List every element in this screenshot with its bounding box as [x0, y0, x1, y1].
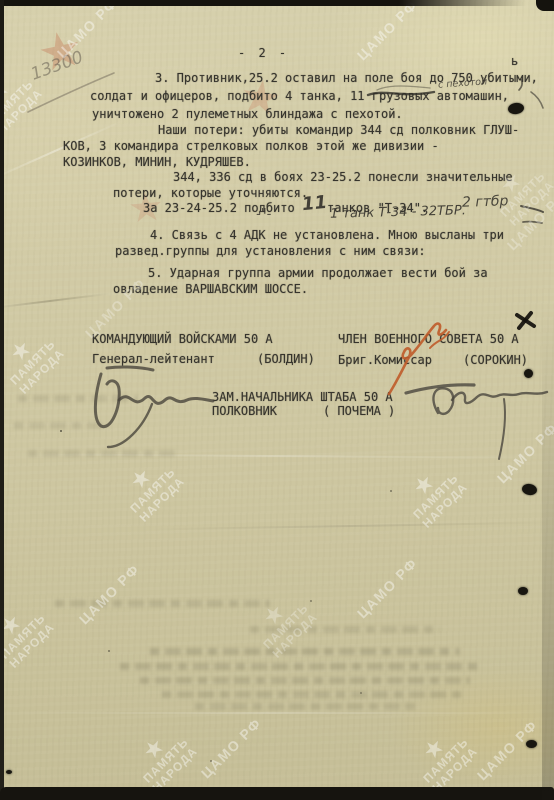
bleed-through — [18, 395, 138, 402]
scan-edge-bottom — [0, 787, 554, 800]
star-watermark-icon: ★ — [128, 466, 155, 493]
crease — [0, 453, 554, 459]
chief-of-staff-name: ( ПОЧЕМА ) — [323, 404, 395, 418]
tsamo-watermark: ЦАМО РФ — [198, 715, 265, 782]
bleed-through — [195, 703, 415, 710]
pamyat-naroda-watermark: ★ ПАМЯТЬ НАРОДА — [128, 722, 201, 795]
body-line: 4. Связь с 4 АДК не установлена. Мною вы… — [150, 228, 504, 242]
tsamo-watermark: ЦАМО РФ — [76, 561, 143, 628]
tsamo-watermark: ЦАМО РФ — [504, 187, 554, 254]
council-member-rank: Бриг.Комиссар — [338, 353, 432, 367]
tsamo-watermark: ЦАМО РФ — [354, 0, 421, 63]
scan-edge-top-right — [536, 0, 554, 11]
watermark-text: ПАМЯТЬ — [141, 736, 191, 786]
watermark-text: НАРОДА — [420, 481, 470, 531]
pamyat-naroda-watermark: ★ ПАМЯТЬ НАРОДА — [0, 598, 57, 671]
page-number: - 2 - — [238, 46, 289, 60]
watermark-text: НАРОДА — [137, 475, 187, 525]
chief-of-staff-rank: ПОЛКОВНИК — [212, 404, 277, 418]
body-line: потери, которые уточняются. — [113, 186, 308, 200]
pamyat-naroda-watermark: ★ ПАМЯТЬ НАРОДА — [0, 324, 67, 397]
body-line-part: солдат и офицеров, подбито 4 танка, 11 — [90, 89, 372, 103]
handwritten-ditto-mark: -"- — [256, 207, 271, 222]
star-watermark-icon: ★ — [8, 338, 35, 365]
paper-hole — [521, 483, 538, 496]
paper-specks — [60, 430, 62, 432]
paper-hole — [507, 102, 524, 115]
tsamo-watermark: ЦАМО РФ — [494, 420, 554, 487]
watermark-text: НАРОДА — [150, 745, 200, 795]
bleed-through — [120, 663, 480, 670]
scan-edge-right-shade — [542, 300, 554, 800]
paper-hole — [518, 587, 528, 595]
crease — [0, 293, 110, 310]
watermark-text: ПАМЯТЬ — [0, 612, 48, 662]
commander-name: (БОЛДИН) — [257, 352, 315, 366]
watermark-text: НАРОДА — [17, 347, 67, 397]
scanned-document-page: ★ ★ ★ - 2 - ь 3. Противник,25.2 оставил … — [0, 0, 554, 800]
body-line: овладение ВАРШАВСКИМ ШОССЕ. — [113, 282, 308, 296]
struck-word: грузовых — [372, 89, 430, 103]
star-watermark-icon: ★ — [0, 78, 13, 105]
watermark-text: ПАМЯТЬ — [0, 78, 36, 128]
bleed-through — [140, 677, 470, 684]
watermark-text: ПАМЯТЬ — [261, 602, 311, 652]
stray-typed-mark: ь — [511, 54, 518, 68]
pamyat-naroda-watermark: ★ ПАМЯТЬ НАРОДА — [248, 588, 321, 661]
commander-rank: Генерал-лейтенант — [92, 352, 215, 366]
body-line: КОЗИНКОВ, МИНИН, КУДРЯШЕВ. — [63, 155, 251, 169]
scan-edge-top — [0, 0, 554, 6]
watermark-text: НАРОДА — [507, 179, 554, 229]
pamyat-naroda-watermark: ★ ПАМЯТЬ НАРОДА — [485, 156, 554, 229]
council-member-title: ЧЛЕН ВОЕННОГО СОВЕТА 50 А — [338, 332, 519, 346]
handwritten-corner-number: 13300 — [28, 47, 86, 84]
handwritten-tank-count: 11 — [301, 192, 328, 216]
watermark-text: НАРОДА — [0, 87, 45, 137]
paper-speck — [6, 770, 12, 774]
crease — [0, 712, 554, 714]
commander-title: КОМАНДУЮЩИЙ ВОЙСКАМИ 50 А — [92, 332, 273, 346]
body-line: 344, 336 сд в боях 23-25.2 понесли значи… — [173, 170, 513, 184]
watermark-text: НАРОДА — [270, 611, 320, 661]
bleed-through — [28, 450, 178, 457]
body-line: развед.группы для установления с ним свя… — [115, 244, 426, 258]
pamyat-naroda-watermark: ★ ПАМЯТЬ НАРОДА — [115, 452, 188, 525]
body-line: КОВ, 3 командира стрелковых полков этой … — [63, 139, 439, 153]
paper-hole — [524, 369, 533, 378]
tsamo-watermark: ЦАМО РФ — [354, 555, 421, 622]
chief-of-staff-title: ЗАМ.НАЧАЛЬНИКА ШТАБА 50 А — [212, 390, 393, 404]
handwritten-gtbr-note: 2 гтбр — [462, 193, 509, 211]
body-line: Наши потери: убиты командир 344 сд полко… — [158, 123, 519, 137]
body-line-part: автомашин, — [430, 89, 509, 103]
bleed-through — [250, 626, 440, 633]
tsamo-watermark: ЦАМО РФ — [474, 717, 541, 784]
body-line: уничтожено 2 пулеметных блиндажа с пехот… — [92, 107, 403, 121]
star-watermark-icon: ★ — [411, 472, 438, 499]
star-watermark-icon: ★ — [0, 612, 25, 639]
watermark-text: ПАМЯТЬ — [411, 472, 461, 522]
council-member-name: (СОРОКИН) — [463, 353, 528, 367]
watermark-text: ПАМЯТЬ — [421, 736, 471, 786]
paper-hole — [526, 740, 537, 748]
crease — [150, 522, 550, 531]
body-line: солдат и офицеров, подбито 4 танка, 11 г… — [90, 89, 509, 103]
bleed-through — [162, 691, 462, 698]
handwritten-tank-note: 1 танк Т-34 - 32ТБР. — [330, 203, 466, 222]
body-line: За 23-24-25.2 подбито — [143, 201, 295, 215]
pamyat-naroda-watermark: ★ ПАМЯТЬ НАРОДА — [398, 458, 471, 531]
watermark-text: НАРОДА — [430, 745, 480, 795]
body-line: 5. Ударная группа армии продолжает вести… — [148, 266, 488, 280]
bleed-through — [55, 600, 270, 607]
star-watermark-icon: ★ — [421, 736, 448, 763]
scan-edge-left — [0, 0, 4, 800]
watermark-text: ПАМЯТЬ — [8, 338, 58, 388]
watermark-text: НАРОДА — [7, 621, 57, 671]
watermark-text: ПАМЯТЬ — [128, 466, 178, 516]
pamyat-naroda-watermark: ★ ПАМЯТЬ НАРОДА — [408, 722, 481, 795]
bleed-through — [14, 422, 109, 429]
star-watermark-icon: ★ — [141, 736, 168, 763]
star-watermark-icon: ★ — [261, 602, 288, 629]
bleed-through — [150, 648, 460, 655]
